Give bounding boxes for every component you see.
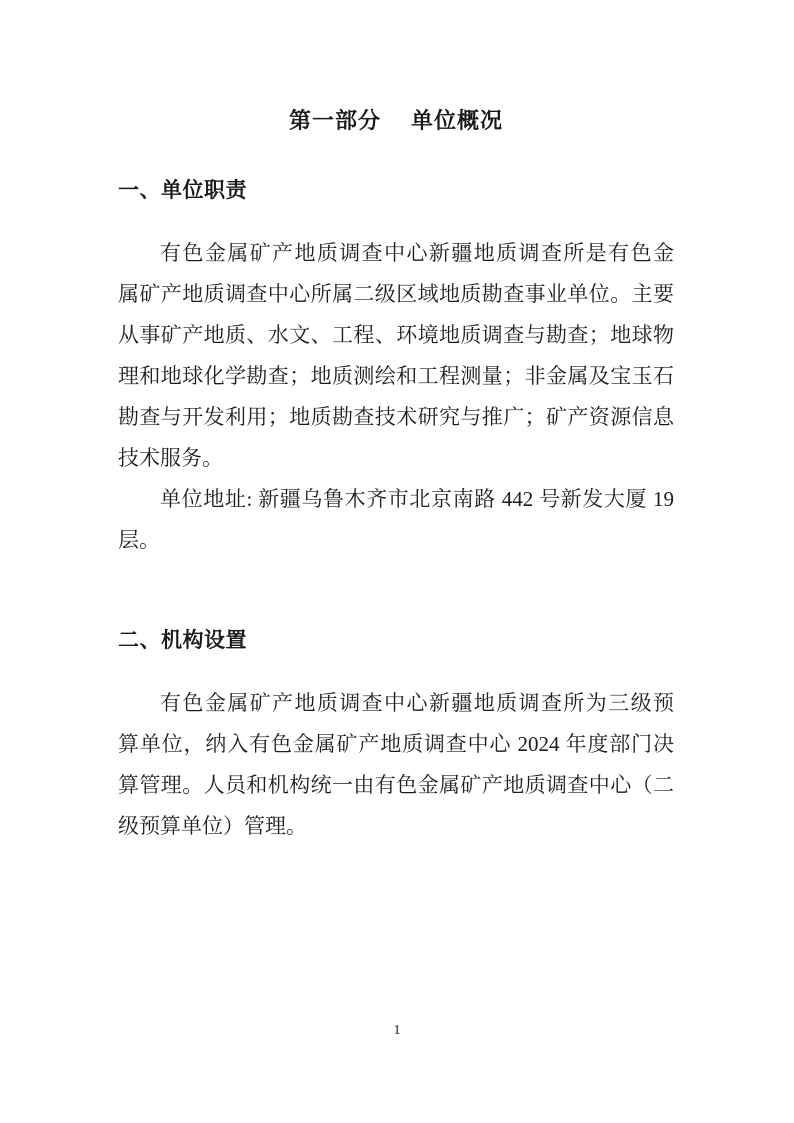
text-line: 从事矿产地质、水文、工程、环境地质调查与勘查；地球物 xyxy=(118,315,674,356)
section-heading-org-structure: 二、机构设置 xyxy=(118,626,674,656)
text-line: 级预算单位）管理。 xyxy=(118,806,674,847)
document-title: 第一部分 单位概况 xyxy=(118,0,674,138)
text-line: 算单位，纳入有色金属矿产地质调查中心 2024 年度部门决 xyxy=(118,724,674,765)
text-line: 单位地址: 新疆乌鲁木齐市北京南路 442 号新发大厦 19 xyxy=(118,479,674,520)
document-content: 第一部分 单位概况 一、单位职责 有色金属矿产地质调查中心新疆地质调查所是有色金… xyxy=(0,0,794,847)
text-line: 属矿产地质调查中心所属二级区域地质勘查事业单位。主要 xyxy=(118,274,674,315)
paragraph-org-structure: 有色金属矿产地质调查中心新疆地质调查所为三级预 算单位，纳入有色金属矿产地质调查… xyxy=(118,683,674,847)
text-line: 层。 xyxy=(118,520,674,561)
text-line: 勘查与开发利用；地质勘查技术研究与推广；矿产资源信息 xyxy=(118,397,674,438)
text-line: 理和地球化学勘查；地质测绘和工程测量；非金属及宝玉石 xyxy=(118,356,674,397)
section-unit-duties: 一、单位职责 有色金属矿产地质调查中心新疆地质调查所是有色金 属矿产地质调查中心… xyxy=(118,176,674,561)
text-line: 技术服务。 xyxy=(118,438,674,479)
section-org-structure: 二、机构设置 有色金属矿产地质调查中心新疆地质调查所为三级预 算单位，纳入有色金… xyxy=(118,626,674,847)
text-line: 算管理。人员和机构统一由有色金属矿产地质调查中心（二 xyxy=(118,765,674,806)
section-heading-unit-duties: 一、单位职责 xyxy=(118,176,674,206)
text-line: 有色金属矿产地质调查中心新疆地质调查所是有色金 xyxy=(118,233,674,274)
paragraph-unit-address: 单位地址: 新疆乌鲁木齐市北京南路 442 号新发大厦 19 层。 xyxy=(118,479,674,561)
document-page: 第一部分 单位概况 一、单位职责 有色金属矿产地质调查中心新疆地质调查所是有色金… xyxy=(0,0,794,1123)
paragraph-unit-duties: 有色金属矿产地质调查中心新疆地质调查所是有色金 属矿产地质调查中心所属二级区域地… xyxy=(118,233,674,479)
page-number: 1 xyxy=(0,1022,794,1040)
text-line: 有色金属矿产地质调查中心新疆地质调查所为三级预 xyxy=(118,683,674,724)
